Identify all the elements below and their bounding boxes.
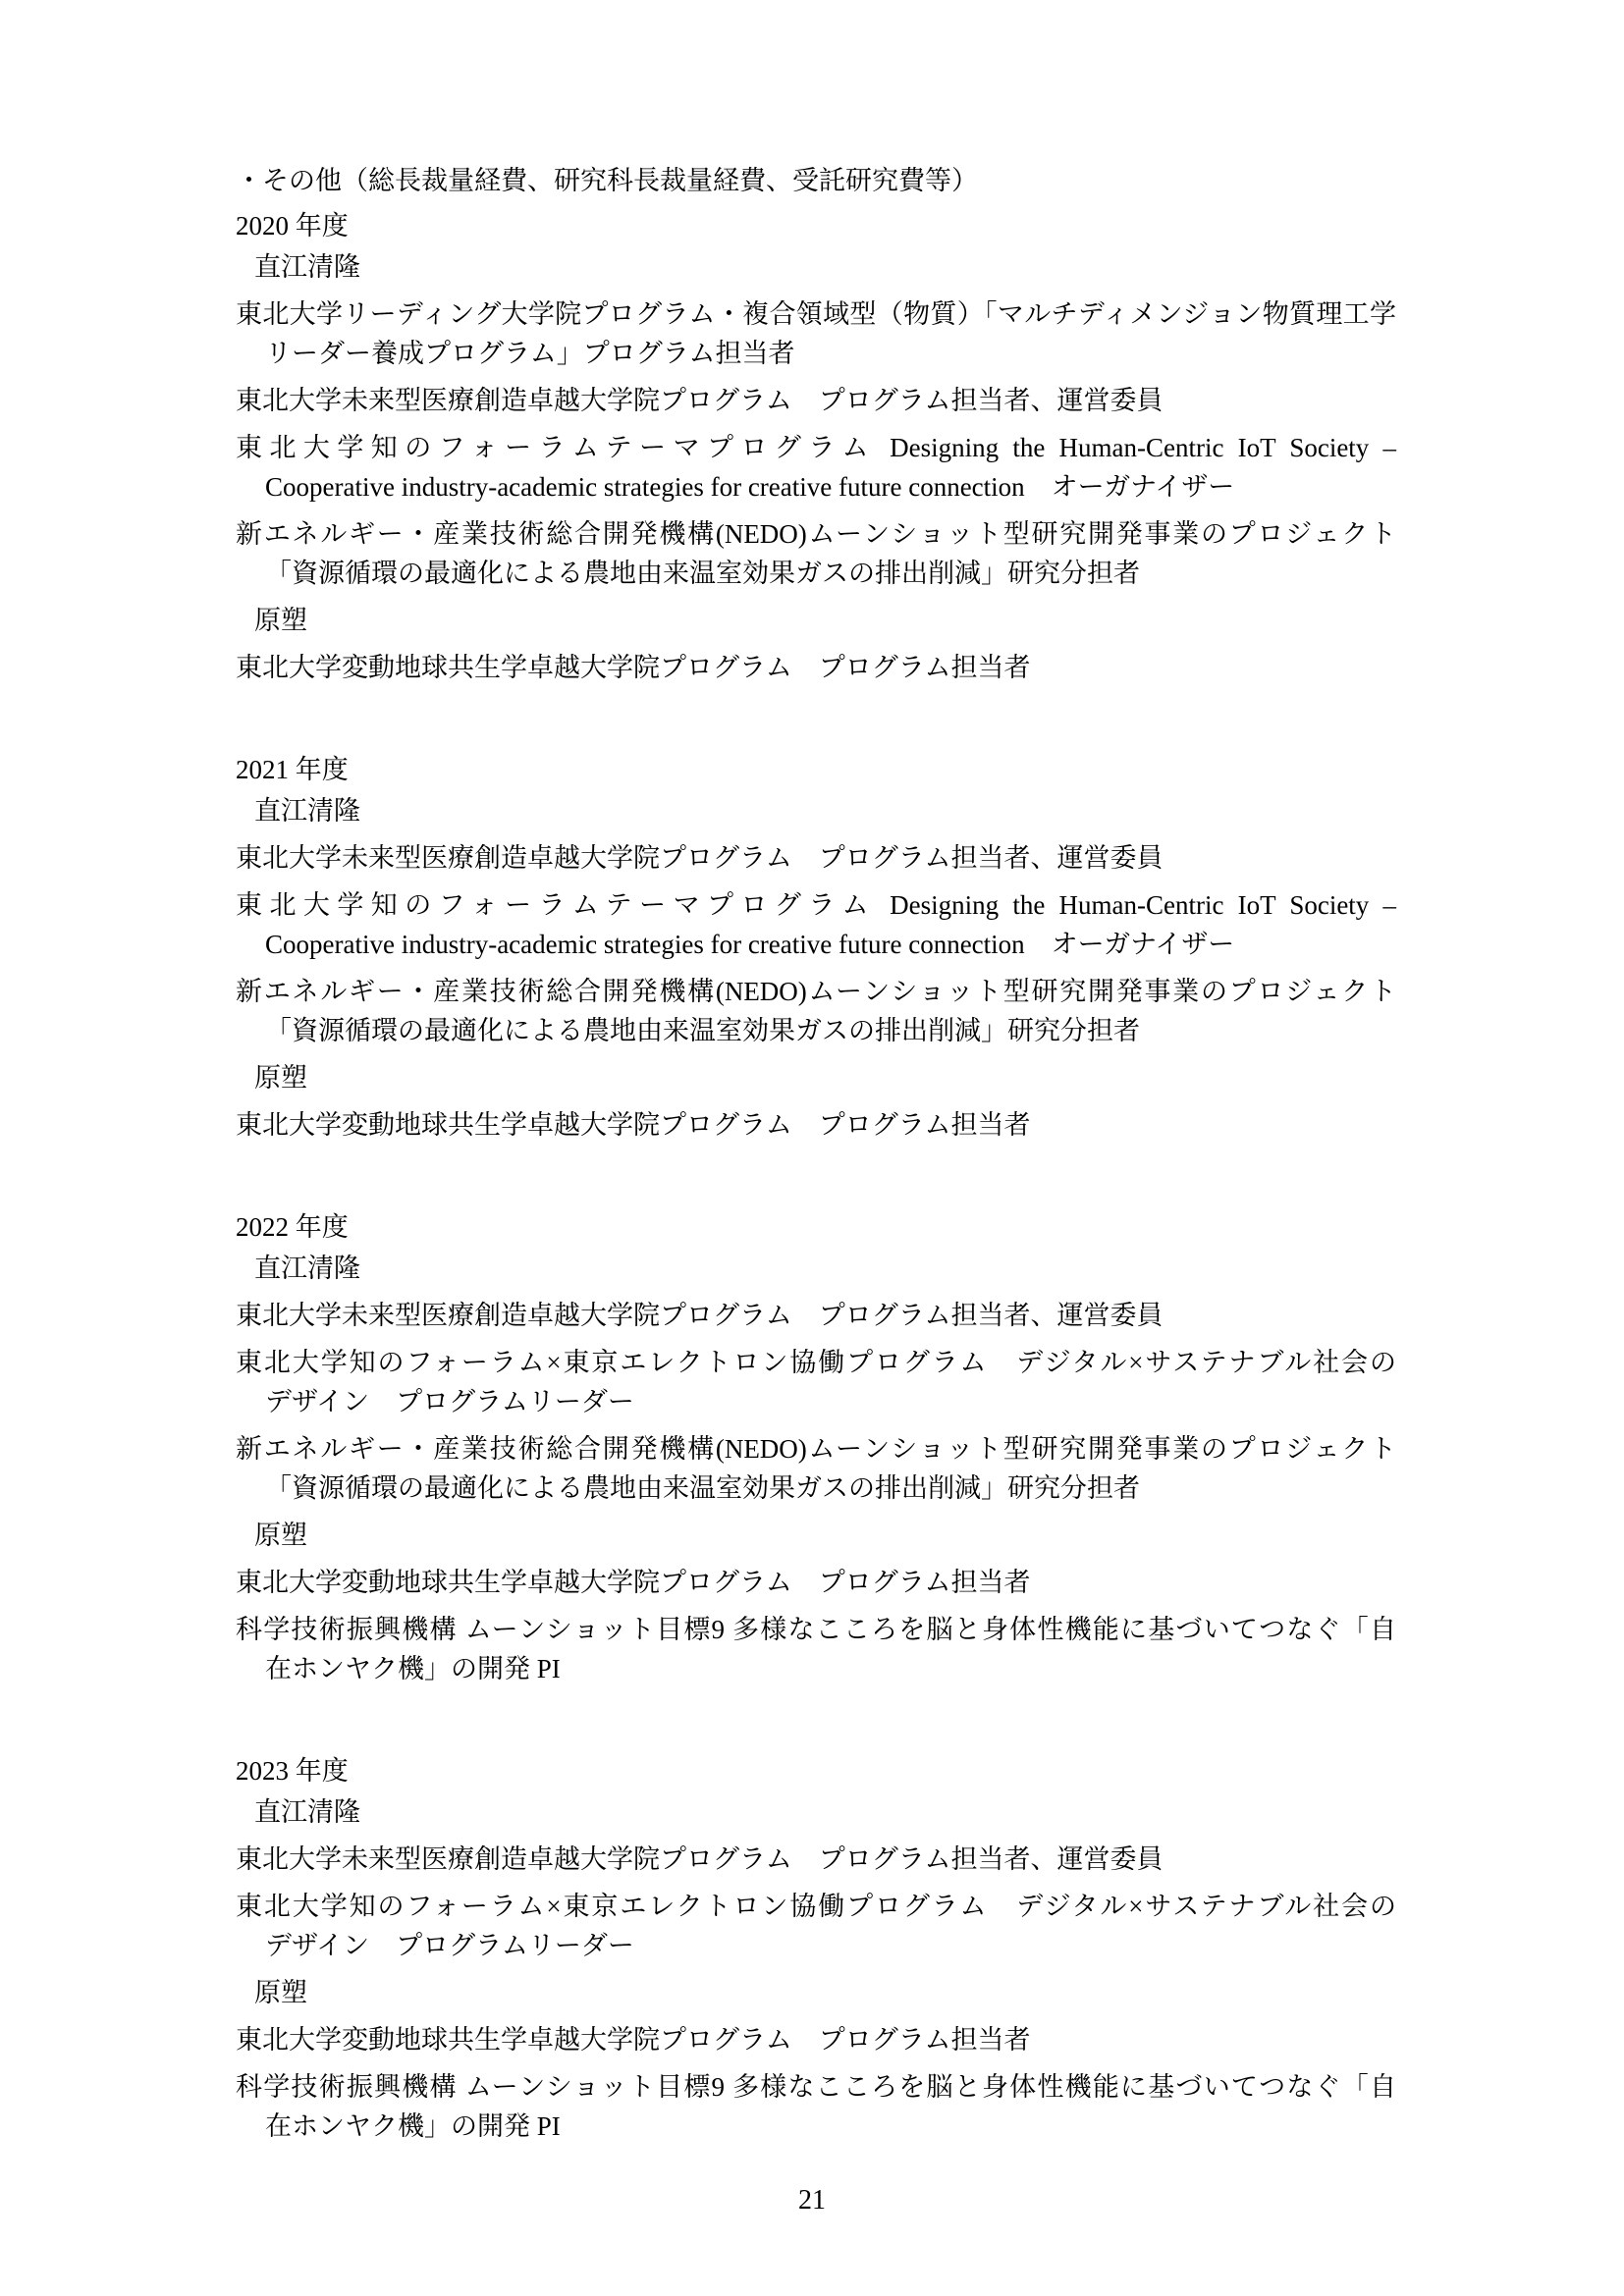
text-line: 原塑 [236,1973,1396,2012]
program-item: 東北大学変動地球共生学卓越大学院プログラム プログラム担当者 [236,1563,1396,1602]
program-item: 新エネルギー・産業技術総合開発機構(NEDO)ムーンショット型研究開発事業のプロ… [236,1429,1396,1508]
text-line: 東北大学リーディング大学院プログラム・複合領域型（物質）「マルチディメンジョン物… [236,294,1396,334]
text-line: 科学技術振興機構 ムーンショット目標9 多様なこころを脳と身体性機能に基づいてつ… [236,2067,1396,2107]
text-line: 東北大学知のフォーラムテーマプログラム Designing the Human-… [236,885,1396,925]
text-line: Cooperative industry-academic strategies… [236,925,1396,964]
year-section: 2021 年度直江清隆東北大学未来型医療創造卓越大学院プログラム プログラム担当… [236,750,1396,1145]
text-line: 東北大学未来型医療創造卓越大学院プログラム プログラム担当者、運営委員 [236,1840,1396,1879]
text-line: 東北大学知のフォーラム×東京エレクトロン協働プログラム デジタル×サステナブル社… [236,1343,1396,1382]
text-line: 東北大学変動地球共生学卓越大学院プログラム プログラム担当者 [236,1105,1396,1145]
sections-container: 2020 年度直江清隆東北大学リーディング大学院プログラム・複合領域型（物質）「… [236,206,1396,2146]
text-line: 新エネルギー・産業技術総合開発機構(NEDO)ムーンショット型研究開発事業のプロ… [236,1429,1396,1468]
text-line: 直江清隆 [236,1249,1396,1288]
text-line: 東北大学変動地球共生学卓越大学院プログラム プログラム担当者 [236,648,1396,687]
program-item: 東北大学知のフォーラム×東京エレクトロン協働プログラム デジタル×サステナブル社… [236,1343,1396,1421]
program-item: 新エネルギー・産業技術総合開発機構(NEDO)ムーンショット型研究開発事業のプロ… [236,514,1396,593]
text-line: 直江清隆 [236,791,1396,830]
person-name: 直江清隆 [236,791,1396,830]
program-item: 東北大学知のフォーラム×東京エレクトロン協働プログラム デジタル×サステナブル社… [236,1887,1396,1965]
text-line: 在ホンヤク機」の開発 PI [236,2107,1396,2146]
person-name: 直江清隆 [236,1249,1396,1288]
text-line: 原塑 [236,601,1396,640]
text-line: 東北大学未来型医療創造卓越大学院プログラム プログラム担当者、運営委員 [236,1296,1396,1335]
person-name: 原塑 [236,1058,1396,1097]
text-line: 東北大学変動地球共生学卓越大学院プログラム プログラム担当者 [236,1563,1396,1602]
program-item: 東北大学知のフォーラムテーマプログラム Designing the Human-… [236,428,1396,507]
text-line: 在ホンヤク機」の開発 PI [236,1649,1396,1688]
text-line: 「資源循環の最適化による農地由来温室効果ガスの排出削減」研究分担者 [236,1011,1396,1050]
text-line: 東北大学知のフォーラム×東京エレクトロン協働プログラム デジタル×サステナブル社… [236,1887,1396,1926]
person-name: 原塑 [236,601,1396,640]
person-name: 直江清隆 [236,247,1396,287]
program-item: 東北大学未来型医療創造卓越大学院プログラム プログラム担当者、運営委員 [236,838,1396,878]
text-line: 東北大学知のフォーラムテーマプログラム Designing the Human-… [236,428,1396,467]
program-item: 東北大学未来型医療創造卓越大学院プログラム プログラム担当者、運営委員 [236,1840,1396,1879]
year-heading: 2023 年度 [236,1751,1396,1790]
program-item: 科学技術振興機構 ムーンショット目標9 多様なこころを脳と身体性機能に基づいてつ… [236,1610,1396,1688]
text-line: 新エネルギー・産業技術総合開発機構(NEDO)ムーンショット型研究開発事業のプロ… [236,514,1396,554]
text-line: 「資源循環の最適化による農地由来温室効果ガスの排出削減」研究分担者 [236,1468,1396,1508]
text-line: リーダー養成プログラム」プログラム担当者 [236,334,1396,373]
text-line: Cooperative industry-academic strategies… [236,467,1396,507]
program-item: 東北大学知のフォーラムテーマプログラム Designing the Human-… [236,885,1396,964]
text-line: 原塑 [236,1058,1396,1097]
person-name: 原塑 [236,1973,1396,2012]
person-name: 直江清隆 [236,1792,1396,1832]
person-name: 原塑 [236,1516,1396,1555]
year-heading: 2021 年度 [236,750,1396,789]
year-section: 2022 年度直江清隆東北大学未来型医療創造卓越大学院プログラム プログラム担当… [236,1207,1396,1688]
year-heading: 2022 年度 [236,1207,1396,1247]
text-line: 東北大学未来型医療創造卓越大学院プログラム プログラム担当者、運営委員 [236,381,1396,420]
document-page: ・その他（総長裁量経費、研究科長裁量経費、受託研究費等） 2020 年度直江清隆… [0,0,1624,2296]
program-item: 東北大学未来型医療創造卓越大学院プログラム プログラム担当者、運営委員 [236,1296,1396,1335]
text-line: 「資源循環の最適化による農地由来温室効果ガスの排出削減」研究分担者 [236,554,1396,593]
page-content: ・その他（総長裁量経費、研究科長裁量経費、受託研究費等） 2020 年度直江清隆… [236,161,1396,2154]
text-line: 科学技術振興機構 ムーンショット目標9 多様なこころを脳と身体性機能に基づいてつ… [236,1610,1396,1649]
text-line: 東北大学未来型医療創造卓越大学院プログラム プログラム担当者、運営委員 [236,838,1396,878]
text-line: デザイン プログラムリーダー [236,1926,1396,1965]
text-line: 新エネルギー・産業技術総合開発機構(NEDO)ムーンショット型研究開発事業のプロ… [236,972,1396,1011]
text-line: 直江清隆 [236,247,1396,287]
page-number: 21 [0,2181,1624,2220]
text-line: 直江清隆 [236,1792,1396,1832]
program-item: 新エネルギー・産業技術総合開発機構(NEDO)ムーンショット型研究開発事業のプロ… [236,972,1396,1050]
intro-line: ・その他（総長裁量経費、研究科長裁量経費、受託研究費等） [236,161,1396,200]
text-line: 原塑 [236,1516,1396,1555]
year-section: 2023 年度直江清隆東北大学未来型医療創造卓越大学院プログラム プログラム担当… [236,1751,1396,2146]
program-item: 東北大学リーディング大学院プログラム・複合領域型（物質）「マルチディメンジョン物… [236,294,1396,373]
text-line: デザイン プログラムリーダー [236,1382,1396,1421]
program-item: 東北大学未来型医療創造卓越大学院プログラム プログラム担当者、運営委員 [236,381,1396,420]
text-line: 東北大学変動地球共生学卓越大学院プログラム プログラム担当者 [236,2020,1396,2059]
program-item: 東北大学変動地球共生学卓越大学院プログラム プログラム担当者 [236,648,1396,687]
year-heading: 2020 年度 [236,206,1396,245]
program-item: 東北大学変動地球共生学卓越大学院プログラム プログラム担当者 [236,2020,1396,2059]
program-item: 科学技術振興機構 ムーンショット目標9 多様なこころを脳と身体性機能に基づいてつ… [236,2067,1396,2146]
year-section: 2020 年度直江清隆東北大学リーディング大学院プログラム・複合領域型（物質）「… [236,206,1396,687]
program-item: 東北大学変動地球共生学卓越大学院プログラム プログラム担当者 [236,1105,1396,1145]
